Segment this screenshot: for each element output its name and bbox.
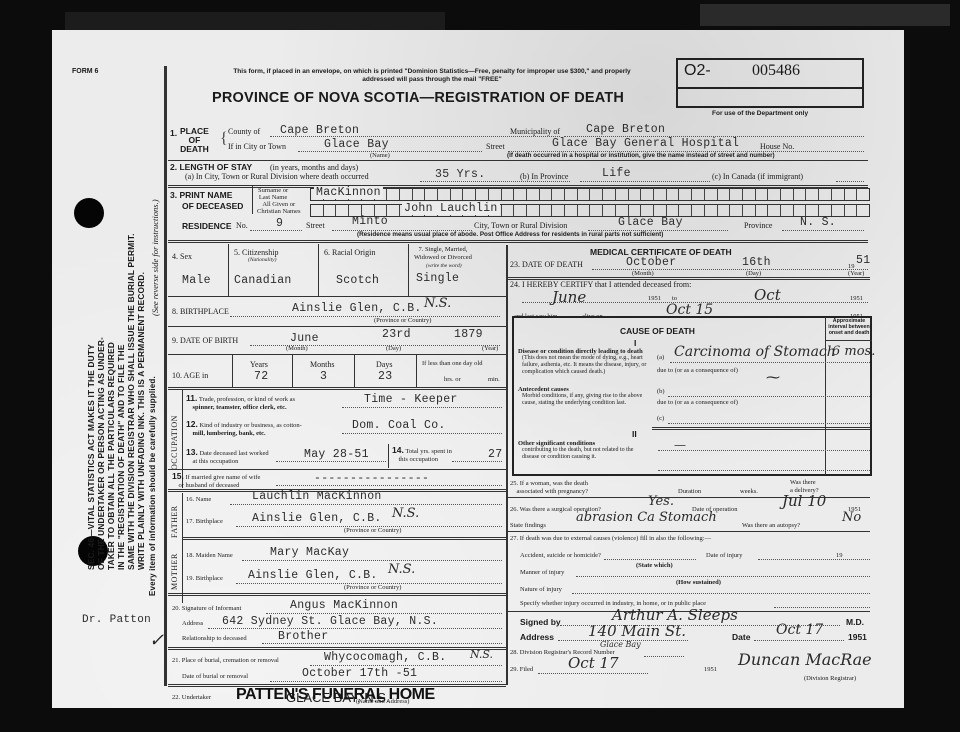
birthplace-province: N.S. (424, 296, 451, 311)
punch-hole (74, 198, 104, 228)
residence-province-value: N. S. (800, 216, 836, 229)
marital-status-value: Single (416, 272, 459, 285)
dob-day-value: 23rd (382, 328, 411, 341)
given-names-grid (310, 204, 870, 217)
instructions-note: (See reverse side for instructions.) (150, 199, 160, 316)
city-value: Glace Bay (324, 138, 389, 151)
mother-side-label: MOTHER (170, 553, 179, 590)
sex-value: Male (182, 274, 211, 287)
cause-a-interval: 6 mos. (832, 344, 875, 359)
stay-province-value: Life (602, 167, 631, 180)
death-registration-form: FORM 6 This form, if placed in an envelo… (52, 30, 904, 708)
citizenship-value: Canadian (234, 274, 292, 287)
attended-from-value: June (552, 288, 586, 306)
given-names-value: John Lauchlin (402, 202, 500, 215)
surname-value: MacKinnon (314, 186, 383, 199)
registration-number: 005486 (752, 62, 800, 80)
residence-label: RESIDENCE (182, 221, 232, 231)
operation-date-value: Jul 10 (782, 492, 826, 510)
page-title: PROVINCE OF NOVA SCOTIA—REGISTRATION OF … (212, 90, 624, 106)
industry-value: Dom. Coal Co. (352, 419, 446, 432)
occupation-side-label: OCCUPATION (170, 415, 179, 470)
physician-address: 140 Main St. (588, 622, 686, 640)
brace: { (220, 126, 228, 152)
residence-no-value: 9 (276, 217, 283, 230)
death-day-value: 16th (742, 256, 771, 269)
occupation-value: Time - Keeper (364, 393, 458, 406)
street-value: Glace Bay General Hospital (552, 137, 739, 150)
filed-date: Oct 17 (568, 654, 619, 672)
check-mark-icon: ✓ (149, 630, 164, 651)
dob-month-value: June (290, 332, 319, 345)
age-days-value: 23 (378, 370, 392, 383)
surgery-value: Yes. (648, 494, 674, 509)
print-name-label: 3. PRINT NAME (170, 190, 232, 200)
death-month-value: October (626, 256, 676, 269)
form-number: FORM 6 (72, 68, 98, 75)
registration-number-box: O2- 005486 (676, 58, 864, 108)
years-in-occupation-value: 27 (488, 448, 502, 461)
findings-value: abrasion Ca Stomach (576, 510, 717, 525)
last-worked-value: May 28-51 (304, 448, 369, 461)
undertaker-city: GLACE BAY, N.S. (286, 690, 390, 705)
dob-year-value: 1879 (454, 328, 483, 341)
signature-date: Oct 17 (776, 622, 823, 638)
surname-grid (310, 188, 870, 201)
place-of-death-label: PLACEOFDEATH (180, 127, 209, 154)
informant-name-value: Angus MacKinnon (290, 599, 398, 612)
registrar-signature: Duncan MacRae (738, 650, 872, 669)
spouse-value: ---------------- (314, 472, 429, 485)
department-note: For use of the Department only (712, 110, 808, 117)
age-months-value: 3 (320, 370, 327, 383)
birthplace-value: Ainslie Glen, C.B. (292, 302, 422, 315)
cause-of-death-title: CAUSE OF DEATH (620, 326, 695, 336)
county-value: Cape Breton (280, 124, 359, 137)
death-year-value: 51 (856, 254, 870, 267)
burial-date-value: October 17th -51 (302, 667, 417, 680)
cause-a-value: Carcinoma of Stomach (674, 344, 836, 360)
burial-place-value: Whycocomagh, C.B. (324, 651, 446, 664)
date-of-death-label: 23. DATE OF DEATH (510, 260, 583, 269)
father-birthplace-value: Ainslie Glen, C.B. (252, 512, 382, 525)
scan-background-strip (700, 4, 950, 26)
stay-city-value: 35 Yrs. (435, 168, 485, 181)
postal-notice: This form, if placed in an envelope, on … (222, 68, 642, 84)
length-of-stay-label: 2. LENGTH OF STAY (170, 162, 252, 172)
mother-birthplace-value: Ainslie Glen, C.B. (248, 569, 378, 582)
age-years-value: 72 (254, 370, 268, 383)
father-side-label: FATHER (170, 505, 179, 538)
margin-note: Dr. Patton (82, 614, 151, 626)
father-name-value: Lauchlin MacKinnon (252, 490, 382, 503)
supply-note: Every item of information should be care… (148, 376, 158, 596)
form-left-border (164, 66, 167, 686)
mother-name-value: Mary MacKay (270, 546, 349, 559)
residence-street-value: Minto (352, 215, 388, 228)
legal-notice: SEC. 46—VITAL STATISTICS ACT MAKES IT TH… (86, 233, 146, 570)
residence-city-value: Glace Bay (618, 216, 683, 229)
column-divider (506, 245, 508, 685)
relationship-value: Brother (278, 630, 328, 643)
autopsy-value: No (842, 510, 861, 525)
registration-prefix: O2- (684, 62, 711, 80)
attended-to-value: Oct (754, 286, 781, 304)
racial-origin-value: Scotch (336, 274, 379, 287)
informant-address-value: 642 Sydney St. Glace Bay, N.S. (222, 615, 438, 628)
municipality-value: Cape Breton (586, 123, 665, 136)
